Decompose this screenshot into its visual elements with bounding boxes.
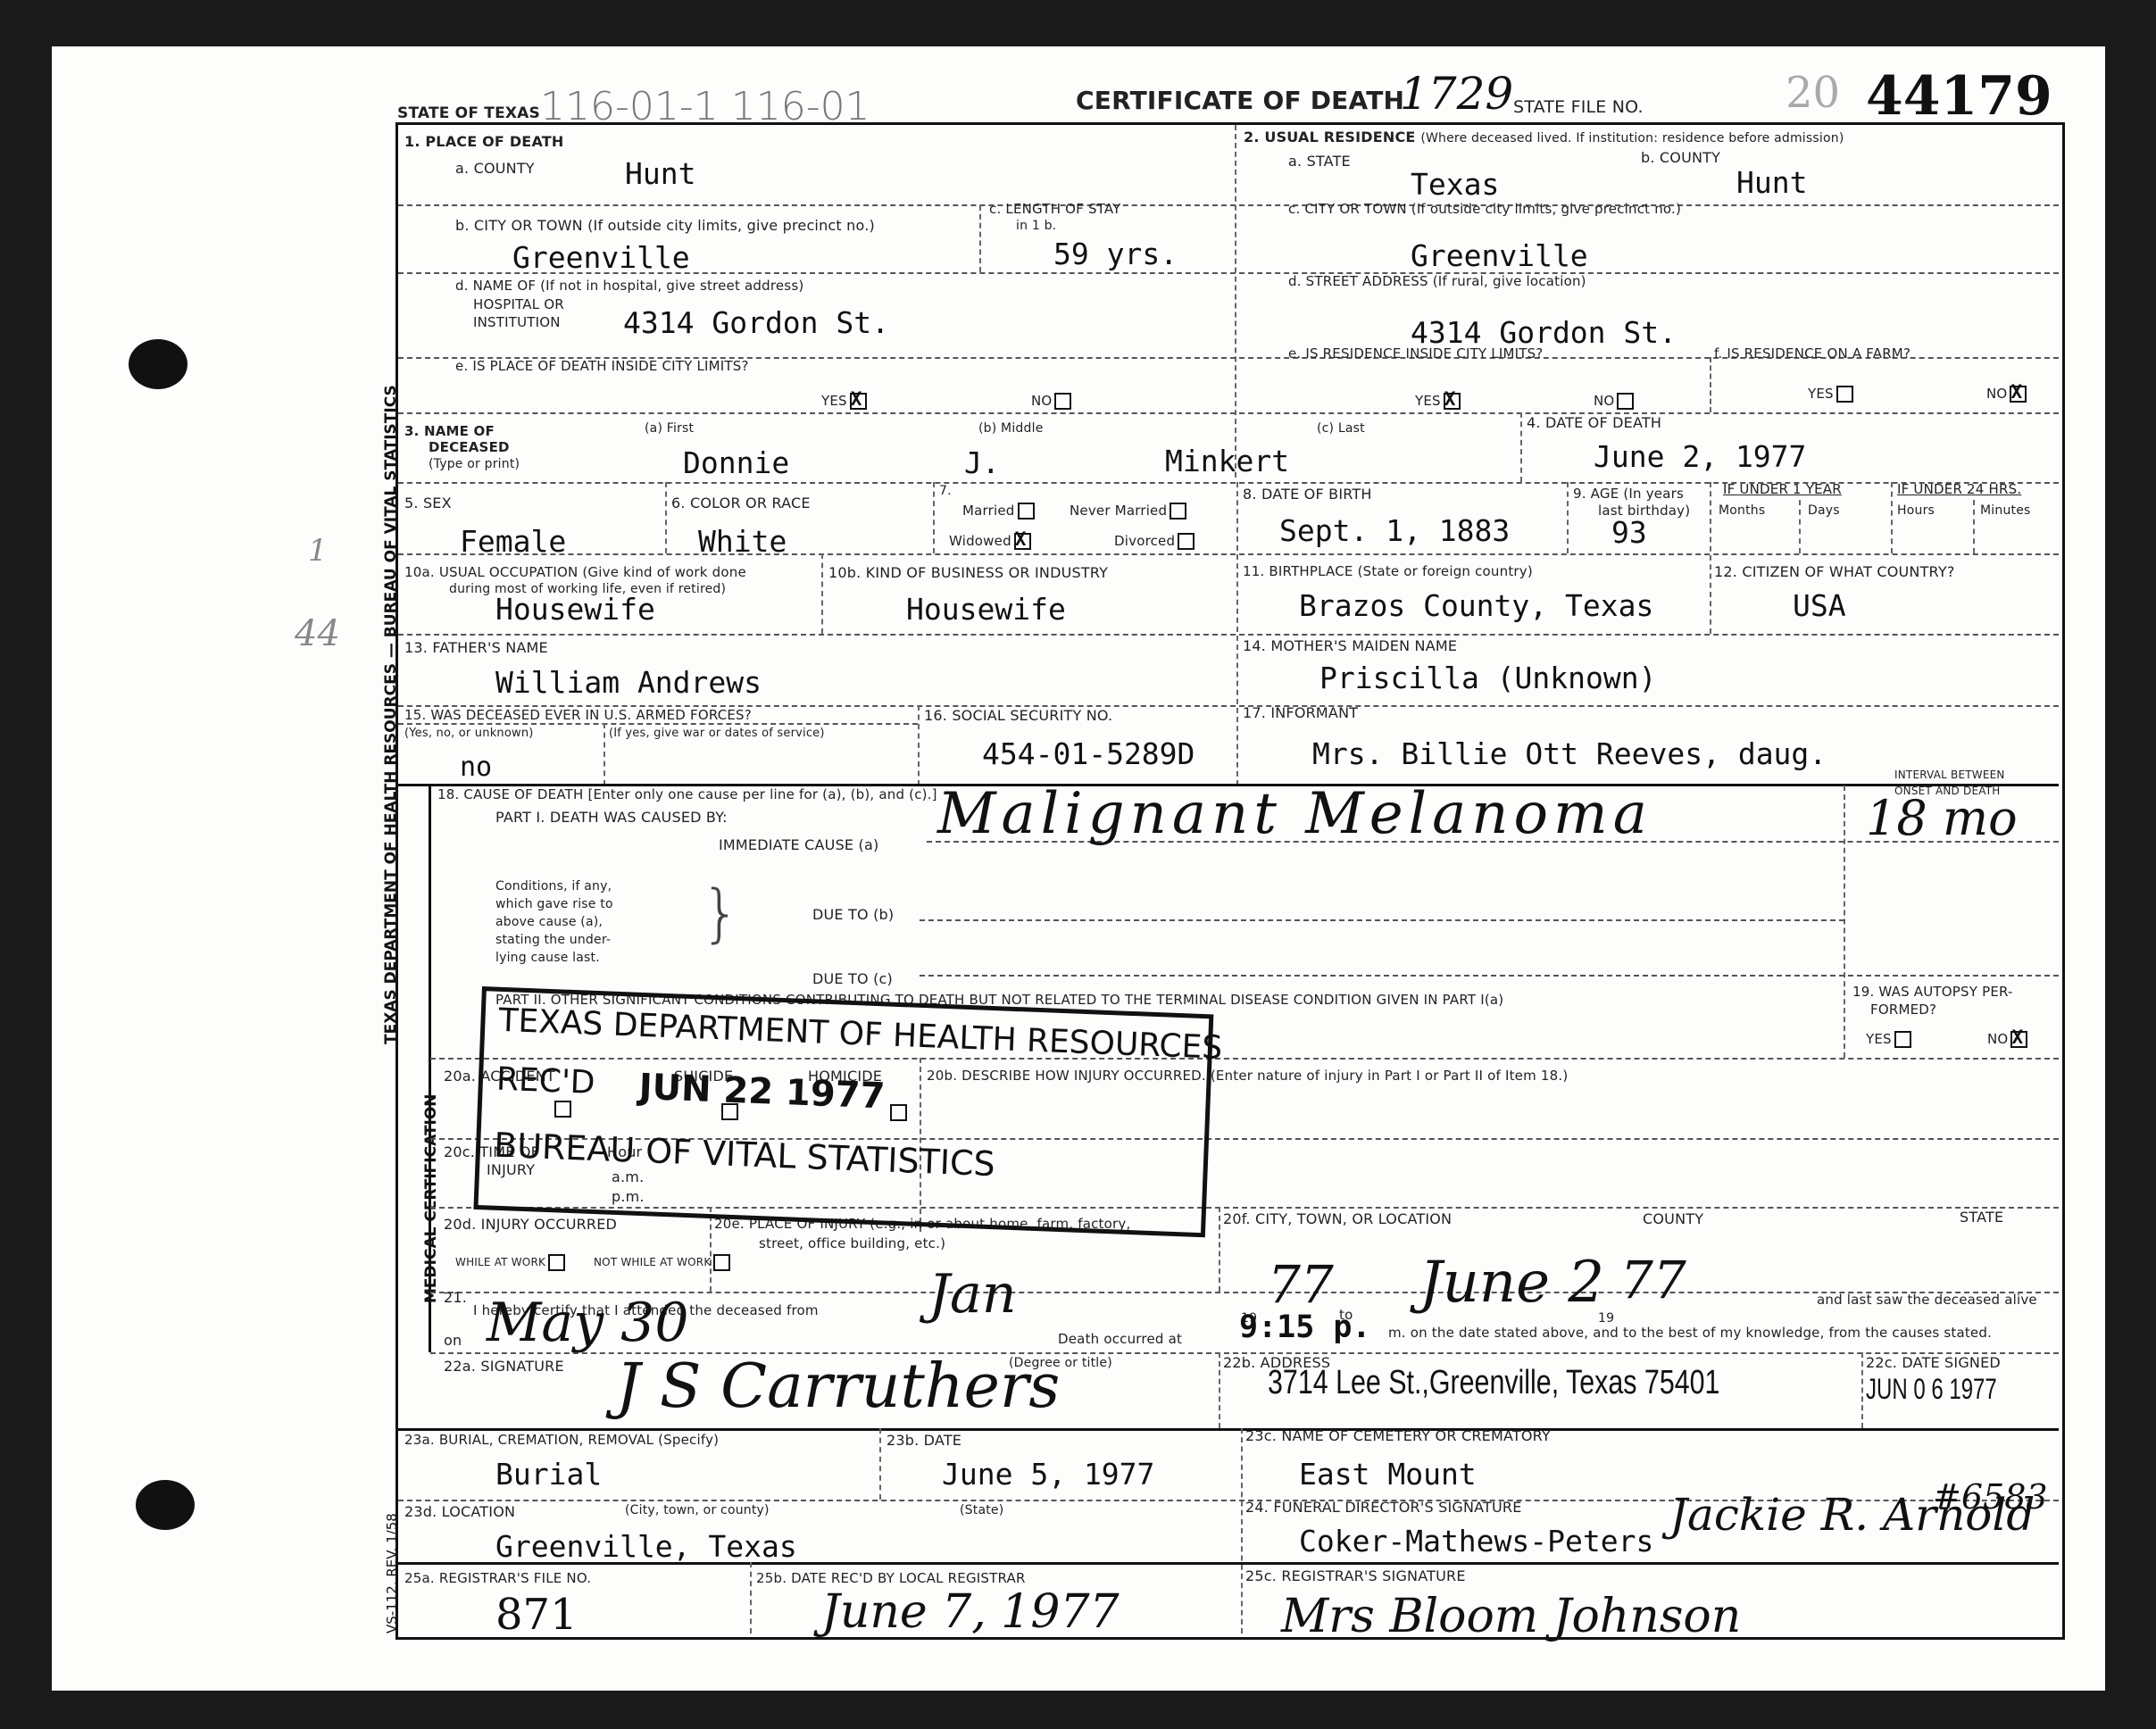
checkbox-autopsy-no[interactable]: NO [1987, 1031, 2027, 1048]
value-last-name: Minkert [1165, 446, 1289, 476]
divider-25b [750, 1562, 752, 1633]
checkbox-res-inside-yes[interactable]: YES [1415, 393, 1461, 410]
label-injury-county: COUNTY [1643, 1211, 1703, 1227]
label-death-occurred: Death occurred at [1058, 1332, 1182, 1347]
label-marital: 7. [939, 485, 952, 498]
value-cemetery: East Mount [1299, 1459, 1477, 1489]
label-occupation: 10a. USUAL OCCUPATION (Give kind of work… [404, 565, 746, 580]
label-first-name: (a) First [645, 422, 694, 436]
divider-10b [821, 553, 823, 634]
value-last-saw: May 30 [487, 1296, 689, 1350]
checkbox-divorced[interactable]: Divorced [1114, 533, 1195, 550]
label-res-farm: f. IS RESIDENCE ON A FARM? [1714, 346, 1910, 362]
medical-inner-left [429, 786, 431, 1352]
handwritten-local-no: 1729 [1400, 71, 1513, 116]
value-middle-name: J. [964, 448, 1000, 478]
row-18b [920, 919, 1844, 921]
label-location-sub-1: (City, town, or county) [625, 1504, 770, 1517]
value-age: 93 [1611, 518, 1647, 547]
checkbox-farm-yes[interactable]: YES [1808, 386, 1853, 403]
divider-15b [604, 723, 605, 786]
value-race: White [698, 527, 787, 556]
label-certify-num: 21. [444, 1290, 467, 1306]
brace-icon: } [701, 879, 741, 948]
label-age: 9. AGE (In years [1573, 486, 1684, 502]
label-inside-city-limits: e. IS PLACE OF DEATH INSIDE CITY LIMITS? [455, 359, 749, 374]
value-first-name: Donnie [683, 448, 789, 478]
label-interval-1: INTERVAL BETWEEN [1894, 769, 2005, 781]
label-res-state: a. STATE [1288, 154, 1351, 170]
label-date-of-birth: 8. DATE OF BIRTH [1243, 486, 1372, 503]
row-15-sub [398, 723, 918, 725]
empty-box-icon [1018, 503, 1035, 520]
label-race: 6. COLOR OR RACE [671, 495, 811, 511]
value-sex: Female [460, 527, 566, 556]
label-last-saw: and last saw the deceased alive [1817, 1293, 2037, 1308]
label-citizen: 12. CITIZEN OF WHAT COUNTRY? [1714, 564, 1955, 580]
divider-6 [665, 482, 667, 553]
label-date-signed: 22c. DATE SIGNED [1866, 1355, 2001, 1371]
label-injury-state: STATE [1960, 1209, 2003, 1226]
label-days: Days [1808, 504, 1840, 518]
divider-7 [933, 482, 935, 553]
label-due-to-b: DUE TO (b) [812, 907, 894, 923]
label-res-inside-limits: e. IS RESIDENCE INSIDE CITY LIMITS? [1288, 346, 1543, 362]
label-hospital-2: HOSPITAL OR [473, 297, 564, 312]
divider-22b [1219, 1352, 1220, 1428]
label-birthplace: 11. BIRTHPLACE (State or foreign country… [1243, 564, 1533, 579]
margin-note-2: 44 [295, 616, 340, 652]
value-res-city: Greenville [1411, 241, 1588, 270]
value-registrar-file-no: 871 [495, 1593, 578, 1636]
value-armed-forces: no [460, 754, 492, 781]
divider-min [1973, 500, 1975, 553]
empty-box-icon [1617, 393, 1634, 410]
empty-box-icon [1054, 393, 1071, 410]
label-minutes: Minutes [1980, 504, 2031, 518]
state-file-label: STATE FILE NO. [1513, 98, 1644, 117]
certificate-title: CERTIFICATE OF DEATH [1076, 87, 1404, 115]
value-date-recd-local: June 7, 1977 [821, 1589, 1120, 1635]
stamp-line-1: TEXAS DEPARTMENT OF HEALTH RESOURCES [498, 1002, 1223, 1067]
label-armed-sub-2: (If yes, give war or dates of service) [609, 727, 825, 740]
label-on: on [444, 1333, 462, 1349]
label-immediate-cause: IMMEDIATE CAUSE (a) [719, 837, 878, 853]
checkbox-not-while-at-work[interactable]: NOT WHILE AT WORK [594, 1254, 730, 1271]
value-citizen: USA [1793, 591, 1846, 620]
label-hospital-3: INSTITUTION [473, 315, 561, 330]
label-death-time-suffix: m. on the date stated above, and to the … [1388, 1326, 1992, 1341]
checked-box-icon [1014, 533, 1031, 550]
checkbox-widowed[interactable]: Widowed [949, 533, 1031, 550]
conditions-note-5: lying cause last. [495, 952, 600, 965]
value-business: Housewife [906, 594, 1066, 624]
label-business: 10b. KIND OF BUSINESS OR INDUSTRY [828, 565, 1108, 581]
empty-box-icon [1894, 1031, 1911, 1048]
punch-hole-top [129, 339, 187, 389]
label-date-recd-local: 25b. DATE REC'D BY LOCAL REGISTRAR [756, 1571, 1026, 1586]
conditions-note-4: stating the under- [495, 934, 611, 947]
label-autopsy-2: FORMED? [1870, 1002, 1936, 1018]
state-file-number: 44179 [1866, 70, 2052, 123]
conditions-note-3: above cause (a), [495, 916, 603, 929]
divider-9 [1567, 482, 1569, 553]
value-location: Greenville, Texas [495, 1532, 797, 1561]
value-from-year: 77 [1268, 1259, 1334, 1310]
checkbox-death-inside-no[interactable]: NO [1031, 393, 1071, 410]
divider-1c [979, 205, 981, 272]
checked-box-icon [2010, 386, 2027, 403]
label-ssn: 16. SOCIAL SECURITY NO. [924, 708, 1112, 724]
checkbox-res-inside-no[interactable]: NO [1594, 393, 1634, 410]
label-sex: 5. SEX [404, 495, 452, 511]
label-months: Months [1719, 504, 1765, 518]
label-res-street: d. STREET ADDRESS (If rural, give locati… [1288, 274, 1586, 289]
label-last-name: (c) Last [1317, 422, 1365, 436]
handwritten-codes: 116-01-1 116-01 [540, 87, 870, 127]
label-cemetery: 23c. NAME OF CEMETERY OR CREMATORY [1245, 1428, 1551, 1444]
label-location-sub-2: (State) [960, 1504, 1003, 1517]
checked-box-icon [850, 393, 867, 410]
value-occupation: Housewife [495, 594, 655, 624]
checkbox-while-at-work[interactable]: WHILE AT WORK [455, 1254, 565, 1271]
row-23 [398, 1428, 2059, 1431]
label-funeral-director: 24. FUNERAL DIRECTOR'S SIGNATURE [1245, 1500, 1522, 1516]
value-res-state: Texas [1411, 170, 1499, 199]
empty-box-icon [1170, 503, 1186, 520]
divider-under [1710, 482, 1711, 634]
divider-hrs [1891, 482, 1893, 553]
label-res-city: c. CITY OR TOWN (If outside city limits,… [1288, 202, 1681, 217]
label-registrar-file-no: 25a. REGISTRAR'S FILE NO. [404, 1571, 591, 1586]
stamp-line-3: BUREAU OF VITAL STATISTICS [493, 1126, 995, 1185]
checkbox-farm-no[interactable]: NO [1986, 386, 2027, 403]
label-place-of-death: 1. PLACE OF DEATH [404, 134, 564, 150]
margin-note-1: 1 [308, 536, 328, 566]
value-address: 3714 Lee St.,Greenville, Texas 75401 [1268, 1366, 1719, 1400]
label-father: 13. FATHER'S NAME [404, 640, 548, 656]
divider-interval [1844, 786, 1845, 1058]
label-usual-residence: 2. USUAL RESIDENCE (Where deceased lived… [1244, 129, 1844, 145]
value-mother: Priscilla (Unknown) [1319, 663, 1657, 693]
value-length-of-stay: 59 yrs. [1053, 239, 1178, 269]
conditions-note-1: Conditions, if any, [495, 880, 612, 894]
label-autopsy: 19. WAS AUTOPSY PER- [1852, 985, 2013, 1000]
label-burial-date: 23b. DATE [887, 1433, 961, 1449]
empty-box-icon [713, 1254, 730, 1271]
value-to-year: 77 [1620, 1254, 1686, 1306]
label-date-of-death: 4. DATE OF DEATH [1527, 415, 1661, 431]
value-birthplace: Brazos County, Texas [1299, 591, 1653, 620]
label-res-county: b. COUNTY [1641, 150, 1720, 166]
label-injury-occurred: 20d. INJURY OCCURRED [444, 1217, 617, 1233]
physician-signature: J S Carruthers [616, 1357, 1060, 1417]
divider-main [1235, 125, 1236, 478]
label-part-1: PART I. DEATH WAS CAUSED BY: [495, 810, 728, 826]
label-under-24-hrs: IF UNDER 24 HRS. [1897, 482, 2021, 497]
label-name-deceased-2: DECEASED [429, 440, 510, 455]
label-cause-of-death: 18. CAUSE OF DEATH [Enter only one cause… [437, 787, 937, 802]
value-attended-to: June 2 [1419, 1254, 1604, 1311]
divider-4 [1520, 412, 1522, 482]
value-immediate-cause: Malignant Melanoma [937, 786, 1652, 843]
label-hospital: d. NAME OF (If not in hospital, give str… [455, 278, 803, 294]
label-hours: Hours [1897, 504, 1935, 518]
value-burial: Burial [495, 1459, 602, 1489]
checked-box-icon [2010, 1031, 2027, 1048]
label-county: a. COUNTY [455, 161, 535, 177]
value-date-signed: JUN 0 6 1977 [1866, 1375, 1997, 1403]
label-armed-sub-1: (Yes, no, or unknown) [404, 727, 534, 740]
divider-days [1799, 500, 1801, 553]
label-due-to-c: DUE TO (c) [812, 971, 893, 987]
divider-23c [1241, 1428, 1243, 1633]
row-1e [398, 412, 2059, 414]
stamp-recd-label: REC'D [495, 1061, 595, 1101]
label-armed-forces: 15. WAS DECEASED EVER IN U.S. ARMED FORC… [404, 708, 752, 723]
value-funeral-home: Coker-Mathews-Peters [1299, 1526, 1653, 1556]
divider-22c [1861, 1352, 1863, 1428]
value-death-county: Hunt [625, 159, 695, 188]
empty-box-icon [1836, 386, 1853, 403]
state-of-texas: STATE OF TEXAS [397, 105, 540, 122]
value-hospital: 4314 Gordon St. [623, 308, 889, 337]
label-name-deceased: 3. NAME OF [404, 424, 495, 439]
value-burial-date: June 5, 1977 [942, 1459, 1154, 1489]
row-18c [920, 975, 2059, 977]
value-res-county: Hunt [1736, 168, 1807, 197]
value-death-city: Greenville [512, 243, 690, 272]
value-death-time: 9:15 p. [1239, 1312, 1371, 1343]
divider-20f [1219, 1207, 1220, 1292]
label-registrar-signature: 25c. REGISTRAR'S SIGNATURE [1245, 1568, 1466, 1584]
punch-hole-bottom [136, 1480, 195, 1530]
value-ssn: 454-01-5289D [982, 739, 1195, 769]
empty-box-icon [548, 1254, 565, 1271]
value-father: William Andrews [495, 668, 762, 697]
label-informant: 17. INFORMANT [1243, 705, 1358, 721]
label-under-1-year: IF UNDER 1 YEAR [1723, 482, 1842, 497]
divider-2f [1710, 357, 1711, 412]
label-middle-name: (b) Middle [978, 422, 1044, 436]
value-date-of-death: June 2, 1977 [1594, 442, 1806, 471]
checkbox-autopsy-yes[interactable]: YES [1866, 1031, 1911, 1048]
registrar-signature: Mrs Bloom Johnson [1281, 1593, 1741, 1640]
empty-box-icon [1178, 533, 1195, 550]
label-name-deceased-3: (Type or print) [429, 458, 520, 471]
value-date-of-birth: Sept. 1, 1883 [1279, 516, 1510, 545]
label-burial: 23a. BURIAL, CREMATION, REMOVAL (Specify… [404, 1433, 719, 1448]
funeral-license-number: #6583 [1933, 1480, 2048, 1514]
label-mother: 14. MOTHER'S MAIDEN NAME [1243, 638, 1457, 654]
row-1a [398, 204, 2059, 206]
state-file-prefix: 20 [1786, 71, 1840, 114]
label-length-of-stay-sub: in 1 b. [1016, 220, 1056, 233]
divider-16 [918, 705, 920, 786]
checked-box-icon [1444, 393, 1461, 410]
label-location: 23d. LOCATION [404, 1504, 515, 1520]
received-stamp: TEXAS DEPARTMENT OF HEALTH RESOURCES REC… [473, 986, 1213, 1237]
label-length-of-stay: c. LENGTH OF STAY [989, 202, 1121, 217]
row-5 [398, 553, 2059, 555]
divider-23b [879, 1428, 881, 1500]
checkbox-never-married[interactable]: Never Married [1070, 503, 1186, 520]
value-interval: 18 mo [1866, 794, 2018, 843]
label-signature: 22a. SIGNATURE [444, 1359, 564, 1375]
label-city-town-location: 20f. CITY, TOWN, OR LOCATION [1223, 1211, 1452, 1227]
value-res-street: 4314 Gordon St. [1411, 318, 1677, 347]
value-attended-from: Jan [928, 1268, 1016, 1321]
label-city: b. CITY OR TOWN (If outside city limits,… [455, 218, 875, 234]
label-place-of-injury-2: street, office building, etc.) [759, 1236, 945, 1251]
value-informant: Mrs. Billie Ott Reeves, daug. [1312, 739, 1827, 769]
row-10 [398, 634, 2059, 636]
conditions-note-2: which gave rise to [495, 898, 613, 911]
checkbox-death-inside-yes[interactable]: YES [821, 393, 867, 410]
stamp-recd-date: JUN 22 1977 [638, 1067, 886, 1118]
divider-20e [710, 1207, 712, 1292]
checkbox-married[interactable]: Married [962, 503, 1035, 520]
